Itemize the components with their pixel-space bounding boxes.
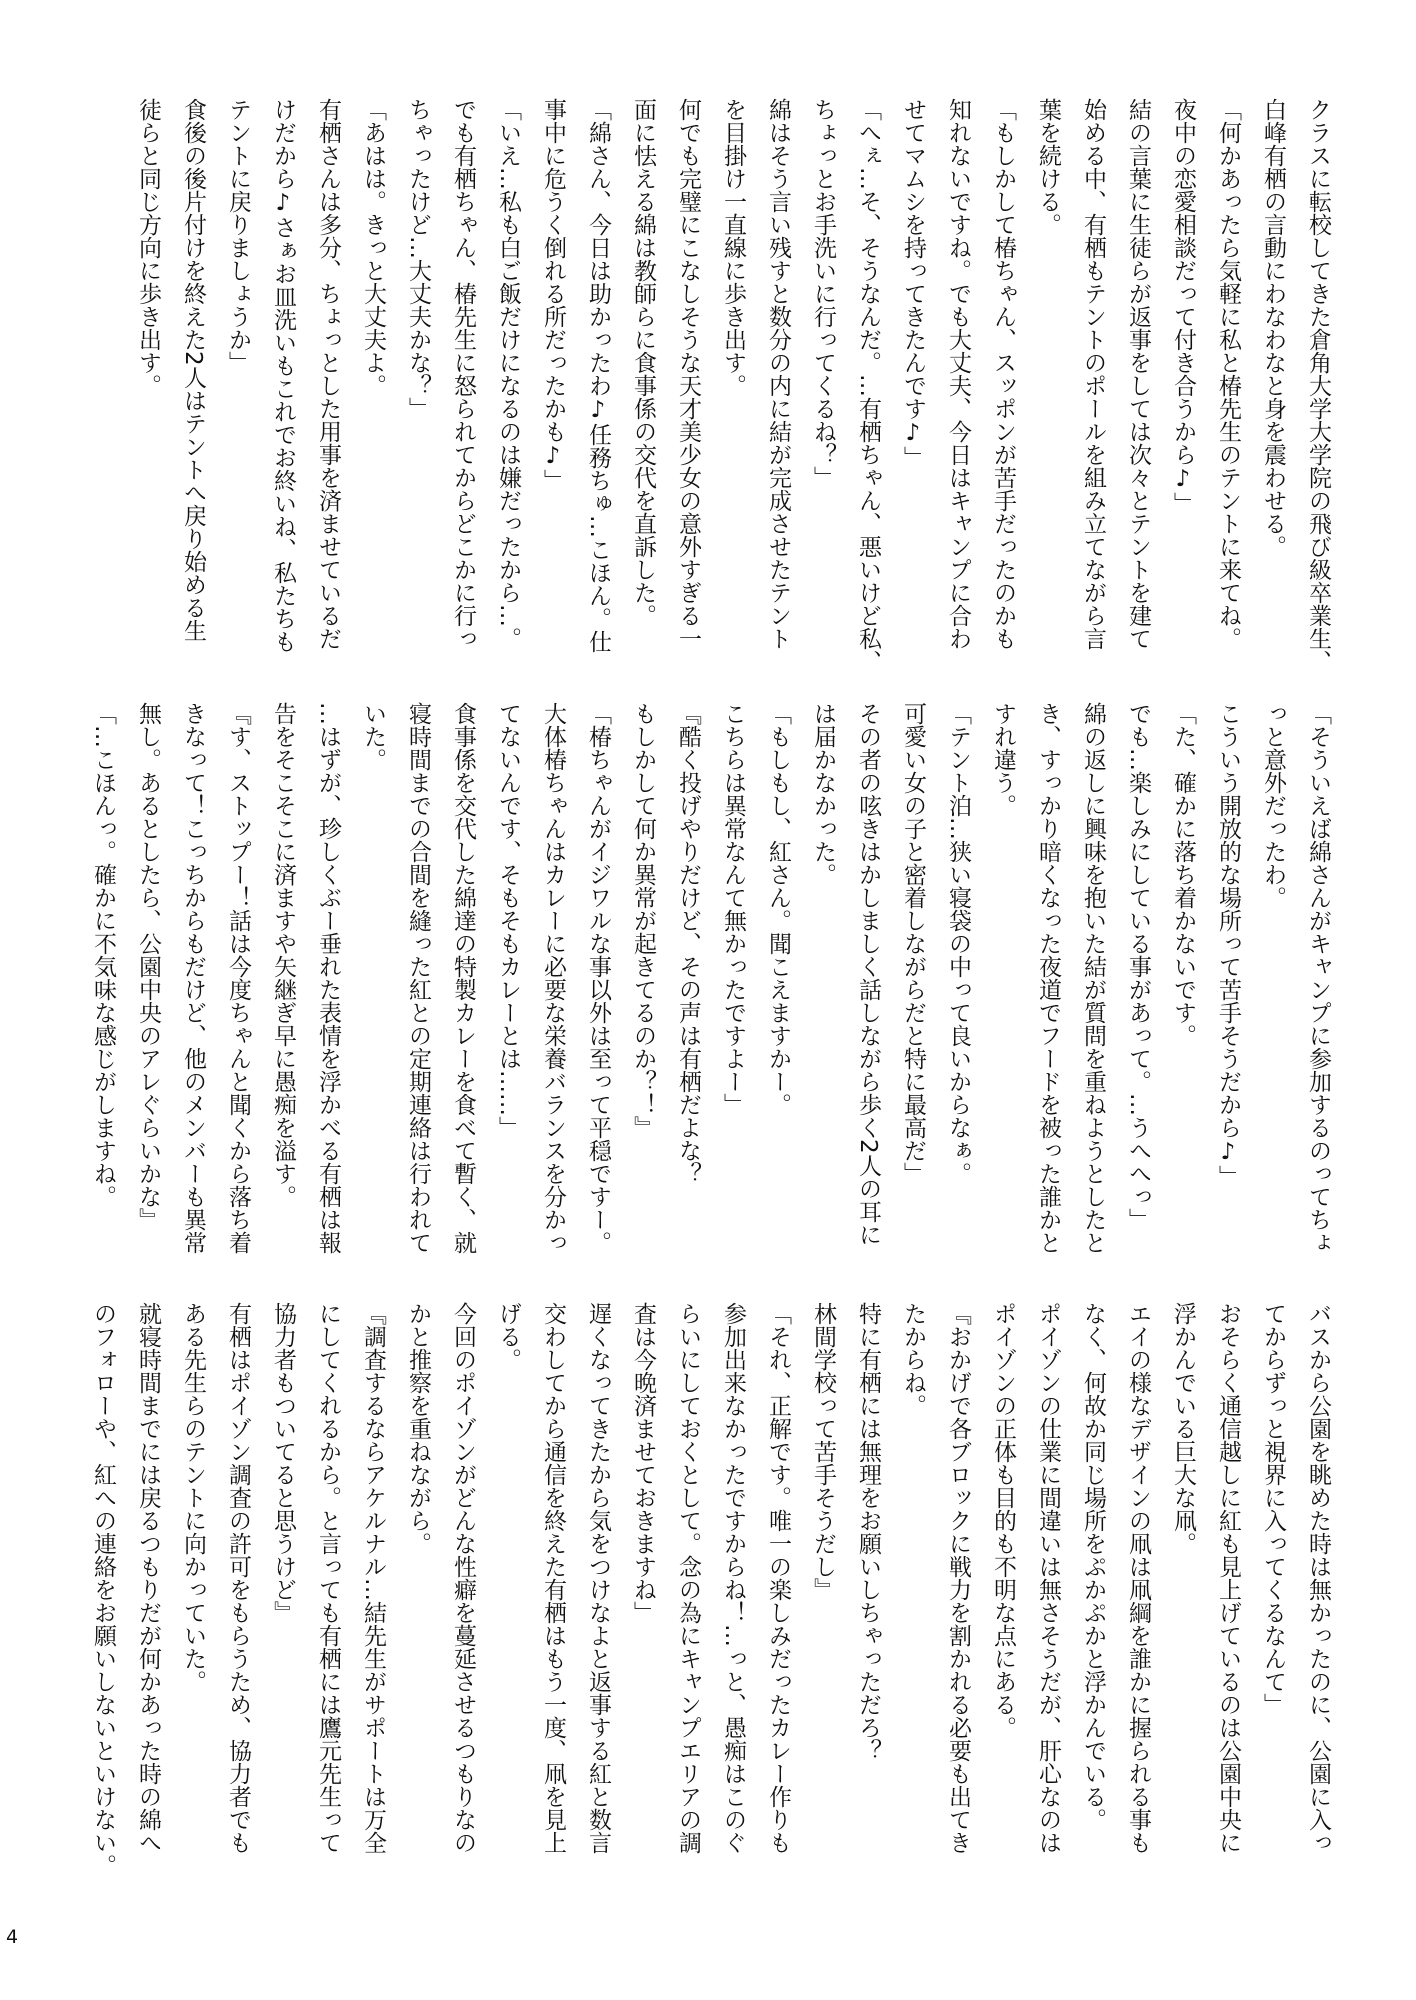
text-column: 何でも完璧にこなしそうな天才美少女の意外すぎる一 xyxy=(665,98,710,708)
text-column: すれ違う。 xyxy=(980,702,1025,1312)
text-column: 告をそこそこに済ますや矢継ぎ早に愚痴を溢す。 xyxy=(260,702,305,1312)
text-column: 遅くなってきたから気をつけなよと返事する紅と数言 xyxy=(575,1302,620,1912)
text-column: 大体椿ちゃんはカレーに必要な栄養バランスを分かっ xyxy=(530,702,575,1312)
document-page: クラスに転校してきた倉角大学大学院の飛び級卒業生、白峰有栖の言動にわなわなと身を… xyxy=(0,0,1416,2000)
text-column: は届かなかった。 xyxy=(800,702,845,1312)
text-column: にしてくれるから。と言っても有栖には鷹元先生って xyxy=(305,1302,350,1912)
text-column: 綿の返しに興味を抱いた結が質問を重ねようとしたと xyxy=(1070,702,1115,1312)
text-column: 『す、ストップー！話は今度ちゃんと聞くから落ち着 xyxy=(215,702,260,1312)
text-column: …はずが、珍しくぶー垂れた表情を浮かべる有栖は報 xyxy=(305,702,350,1312)
text-column: 査は今晩済ませておきますね」 xyxy=(620,1302,665,1912)
text-column: おそらく通信越しに紅も見上げているのは公園中央に xyxy=(1205,1302,1250,1912)
text-column: いた。 xyxy=(350,702,395,1312)
text-column: 綿はそう言い残すと数分の内に結が完成させたテント xyxy=(755,98,800,708)
page-number: 4 xyxy=(6,1926,18,1948)
text-column: 「椿ちゃんがイジワルな事以外は至って平穏ですー。 xyxy=(575,702,620,1312)
text-column: 『酷く投げやりだけど、その声は有栖だよな？ xyxy=(665,702,710,1312)
text-column: その者の呟きはかしましく話しながら歩く2人の耳に xyxy=(845,702,890,1312)
text-column: 就寝時間までには戻るつもりだが何かあった時の綿へ xyxy=(125,1302,170,1912)
text-band-bottom: バスから公園を眺めた時は無かったのに、公園に入ってからずっと視界に入ってくるなん… xyxy=(80,1302,1340,1912)
text-column: 徒らと同じ方向に歩き出す。 xyxy=(125,98,170,708)
text-column: せてマムシを持ってきたんです♪」 xyxy=(890,98,935,708)
text-column: 無し。あるとしたら、公園中央のアレぐらいかな』 xyxy=(125,702,170,1312)
text-column: 食事係を交代した綿達の特製カレーを食べて暫く、就 xyxy=(440,702,485,1312)
text-column: 「それ、正解です。唯一の楽しみだったカレー作りも xyxy=(755,1302,800,1912)
text-column: 「テント泊…狭い寝袋の中って良いからなぁ。 xyxy=(935,702,980,1312)
text-column: 可愛い女の子と密着しながらだと特に最高だ」 xyxy=(890,702,935,1312)
text-column: エイの様なデザインの凧は凧綱を誰かに握られる事も xyxy=(1115,1302,1160,1912)
text-column: 知れないですね。でも大丈夫、今日はキャンプに合わ xyxy=(935,98,980,708)
text-column: 特に有栖には無理をお願いしちゃっただろ？ xyxy=(845,1302,890,1912)
text-column: 「へぇ…そ、そうなんだ。…有栖ちゃん、悪いけど私、 xyxy=(845,98,890,708)
text-column: き、すっかり暗くなった夜道でフードを被った誰かと xyxy=(1025,702,1070,1312)
text-column: 「もしもし、紅さん。聞こえますかー。 xyxy=(755,702,800,1312)
text-column: 面に怯える綿は教師らに食事係の交代を直訴した。 xyxy=(620,98,665,708)
text-column: ポイゾンの正体も目的も不明な点にある。 xyxy=(980,1302,1025,1912)
text-column: こういう開放的な場所って苦手そうだから♪」 xyxy=(1205,702,1250,1312)
text-column: きなって！こっちからもだけど、他のメンバーも異常 xyxy=(170,702,215,1312)
text-column: のフォローや、紅への連絡をお願いしないといけない。 xyxy=(80,1302,125,1912)
text-column: 参加出来なかったですからね！…っと、愚痴はこのぐ xyxy=(710,1302,755,1912)
text-column: 有栖さんは多分、ちょっとした用事を済ませているだ xyxy=(305,98,350,708)
text-column: でも有栖ちゃん、椿先生に怒られてからどこかに行っ xyxy=(440,98,485,708)
text-column: 「…こほんっ。確かに不気味な感じがしますね。 xyxy=(80,702,125,1312)
text-column: らいにしておくとして。念の為にキャンプエリアの調 xyxy=(665,1302,710,1912)
text-column: でも…楽しみにしている事があって。…うへへっ」 xyxy=(1115,702,1160,1312)
text-column: 林間学校って苦手そうだし』 xyxy=(800,1302,845,1912)
text-column: バスから公園を眺めた時は無かったのに、公園に入っ xyxy=(1295,1302,1340,1912)
text-column: 「あはは。きっと大丈夫よ。 xyxy=(350,98,395,708)
text-column: 「た、確かに落ち着かないです。 xyxy=(1160,702,1205,1312)
text-column: 結の言葉に生徒らが返事をしては次々とテントを建て xyxy=(1115,98,1160,708)
text-band-middle: 「そういえば綿さんがキャンプに参加するのってちょっと意外だったわ。こういう開放的… xyxy=(80,702,1340,1312)
text-column: ポイゾンの仕業に間違いは無さそうだが、肝心なのは xyxy=(1025,1302,1070,1912)
text-column: 『おかげで各ブロックに戦力を割かれる必要も出てき xyxy=(935,1302,980,1912)
text-column: けだから♪さぁお皿洗いもこれでお終いね、私たちも xyxy=(260,98,305,708)
text-column: 「何かあったら気軽に私と椿先生のテントに来てね。 xyxy=(1205,98,1250,708)
text-column: 「いえ…私も白ご飯だけになるのは嫌だったから…。 xyxy=(485,98,530,708)
text-column: 食後の後片付けを終えた2人はテントへ戻り始める生 xyxy=(170,98,215,708)
text-column: こちらは異常なんて無かったですよー」 xyxy=(710,702,755,1312)
text-column: っと意外だったわ。 xyxy=(1250,702,1295,1312)
text-column: ちゃったけど…大丈夫かな？」 xyxy=(395,98,440,708)
text-column: 交わしてから通信を終えた有栖はもう一度、凧を見上 xyxy=(530,1302,575,1912)
text-column: 協力者もついてると思うけど』 xyxy=(260,1302,305,1912)
text-column: 白峰有栖の言動にわなわなと身を震わせる。 xyxy=(1250,98,1295,708)
text-column: かと推察を重ねながら。 xyxy=(395,1302,440,1912)
text-column: てないんです、そもそもカレーとは……」 xyxy=(485,702,530,1312)
text-band-top: クラスに転校してきた倉角大学大学院の飛び級卒業生、白峰有栖の言動にわなわなと身を… xyxy=(125,98,1340,708)
text-column: を目掛け一直線に歩き出す。 xyxy=(710,98,755,708)
text-column: 浮かんでいる巨大な凧。 xyxy=(1160,1302,1205,1912)
text-column: 「そういえば綿さんがキャンプに参加するのってちょ xyxy=(1295,702,1340,1312)
text-column: たからね。 xyxy=(890,1302,935,1912)
text-column: てからずっと視界に入ってくるなんて」 xyxy=(1250,1302,1295,1912)
text-column: ちょっとお手洗いに行ってくるね？」 xyxy=(800,98,845,708)
text-column: 有栖はポイゾン調査の許可をもらうため、協力者でも xyxy=(215,1302,260,1912)
text-column: テントに戻りましょうか」 xyxy=(215,98,260,708)
text-column: 事中に危うく倒れる所だったかも♪」 xyxy=(530,98,575,708)
text-column: 寝時間までの合間を縫った紅との定期連絡は行われて xyxy=(395,702,440,1312)
text-column: 葉を続ける。 xyxy=(1025,98,1070,708)
text-column: 『調査するならアケルナル…結先生がサポートは万全 xyxy=(350,1302,395,1912)
text-column: ある先生らのテントに向かっていた。 xyxy=(170,1302,215,1912)
text-column: なく、何故か同じ場所をぷかぷかと浮かんでいる。 xyxy=(1070,1302,1115,1912)
text-column: 今回のポイゾンがどんな性癖を蔓延させるつもりなの xyxy=(440,1302,485,1912)
text-column: クラスに転校してきた倉角大学大学院の飛び級卒業生、 xyxy=(1295,98,1340,708)
text-column: 始める中、有栖もテントのポールを組み立てながら言 xyxy=(1070,98,1115,708)
text-column: 夜中の恋愛相談だって付き合うから♪」 xyxy=(1160,98,1205,708)
text-column: もしかして何か異常が起きてるのか？！』 xyxy=(620,702,665,1312)
text-column: 「綿さん、今日は助かったわ♪任務ちゅ…こほん。仕 xyxy=(575,98,620,708)
text-column: 「もしかして椿ちゃん、スッポンが苦手だったのかも xyxy=(980,98,1025,708)
text-column: げる。 xyxy=(485,1302,530,1912)
